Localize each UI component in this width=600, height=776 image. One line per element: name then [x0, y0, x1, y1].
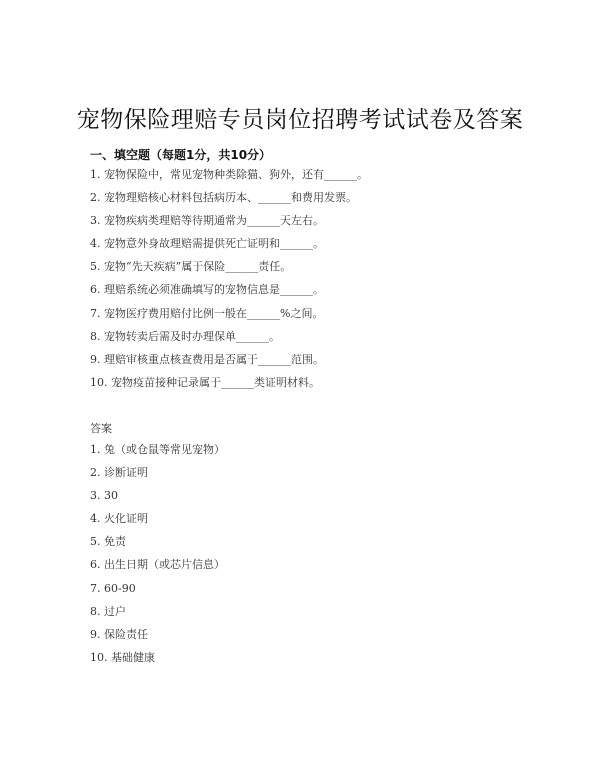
answer-item: 5. 免责 — [90, 535, 225, 558]
question-item: 1. 宠物保险中，常见宠物种类除猫、狗外，还有______。 — [90, 168, 368, 191]
answer-item: 8. 过户 — [90, 605, 225, 628]
answer-item: 3. 30 — [90, 489, 225, 512]
answer-item: 10. 基础健康 — [90, 651, 225, 674]
page-title: 宠物保险理赔专员岗位招聘考试试卷及答案 — [0, 101, 600, 134]
answers-label: 答案 — [90, 420, 112, 436]
question-item: 6. 理赔系统必须准确填写的宠物信息是______。 — [90, 283, 368, 306]
section-heading: 一、填空题（每题1分，共10分） — [90, 146, 271, 163]
answer-item: 2. 诊断证明 — [90, 466, 225, 489]
answer-list: 1. 兔（或仓鼠等常见宠物） 2. 诊断证明 3. 30 4. 火化证明 5. … — [90, 443, 225, 674]
answer-item: 4. 火化证明 — [90, 512, 225, 535]
answer-item: 7. 60-90 — [90, 582, 225, 605]
answer-item: 1. 兔（或仓鼠等常见宠物） — [90, 443, 225, 466]
answer-item: 6. 出生日期（或芯片信息） — [90, 558, 225, 581]
question-item: 7. 宠物医疗费用赔付比例一般在______%之间。 — [90, 307, 368, 330]
question-list: 1. 宠物保险中，常见宠物种类除猫、狗外，还有______。 2. 宠物理赔核心… — [90, 168, 368, 399]
question-item: 8. 宠物转卖后需及时办理保单______。 — [90, 330, 368, 353]
question-item: 4. 宠物意外身故理赔需提供死亡证明和______。 — [90, 237, 368, 260]
question-item: 2. 宠物理赔核心材料包括病历本、______和费用发票。 — [90, 191, 368, 214]
question-item: 3. 宠物疾病类理赔等待期通常为______天左右。 — [90, 214, 368, 237]
question-item: 5. 宠物“先天疾病”属于保险______责任。 — [90, 260, 368, 283]
question-item: 9. 理赔审核重点核查费用是否属于______范围。 — [90, 353, 368, 376]
answer-item: 9. 保险责任 — [90, 628, 225, 651]
question-item: 10. 宠物疫苗接种记录属于______类证明材料。 — [90, 376, 368, 399]
